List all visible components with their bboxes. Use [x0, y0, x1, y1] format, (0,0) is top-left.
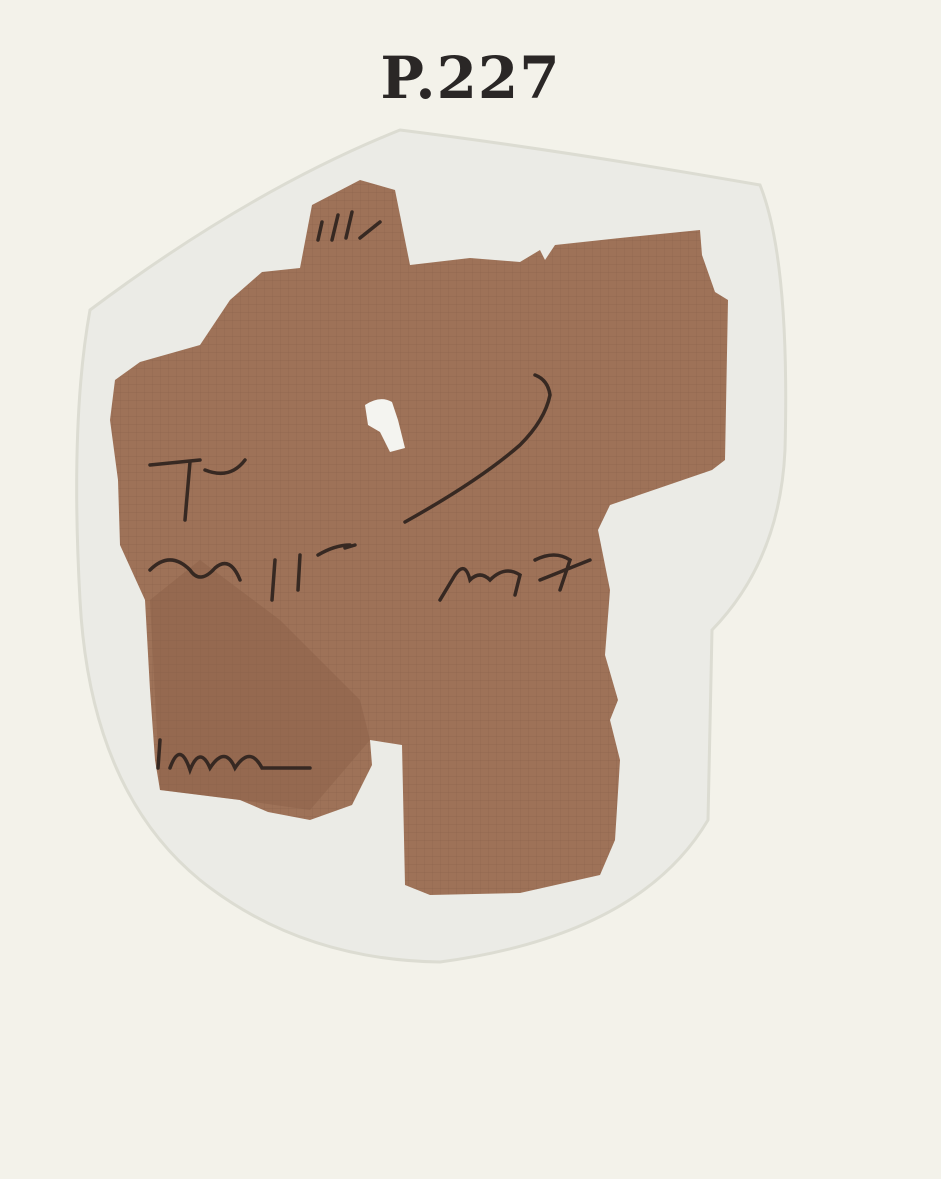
papyrus-photo — [0, 0, 941, 1179]
